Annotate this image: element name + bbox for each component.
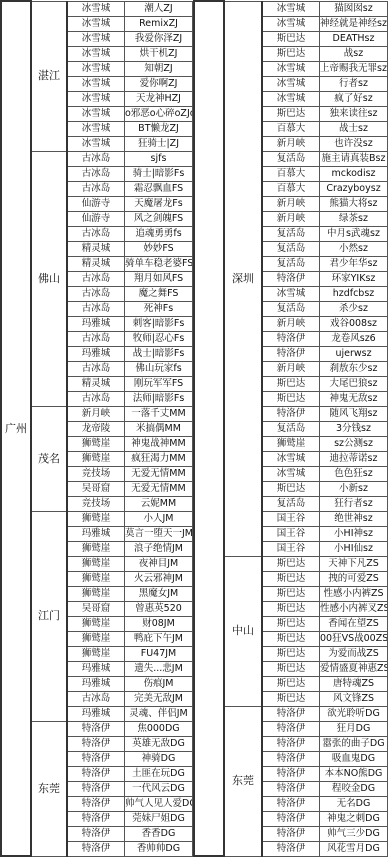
server-cell: 斯巴达 xyxy=(262,481,320,496)
table-row: 东莞特洛伊欲光聆听DG xyxy=(194,706,388,721)
city-cell: 佛山 xyxy=(31,151,67,406)
server-cell: 复活岛 xyxy=(262,421,320,436)
player-name-cell: 魔之舞FS xyxy=(125,286,193,301)
player-name-cell: 风花雪月DG xyxy=(320,841,388,856)
server-cell: 狮鹫崖 xyxy=(67,436,125,451)
server-cell: 玛雅城 xyxy=(67,526,125,541)
player-name-cell: 迪拉蒂诺sz xyxy=(320,451,388,466)
player-name-cell: 小HI神sz xyxy=(320,526,388,541)
player-name-cell: 杀少sz xyxy=(320,301,388,316)
server-cell: 复活岛 xyxy=(262,241,320,256)
server-cell: 玛雅城 xyxy=(67,661,125,676)
server-cell: 特洛伊 xyxy=(262,751,320,766)
player-name-cell: 狂行者sz xyxy=(320,496,388,511)
city-cell: 深圳 xyxy=(224,1,262,556)
player-name-cell: 骑单车稳老婆FS xyxy=(125,256,193,271)
server-cell: 玛雅城 xyxy=(67,346,125,361)
city-cell: 东莞 xyxy=(224,706,262,856)
server-cell: 狮鹫崖 xyxy=(67,646,125,661)
server-cell: 特洛伊 xyxy=(262,796,320,811)
server-cell: 古冰岛 xyxy=(67,301,125,316)
player-name-cell: 嚣张的曲子DG xyxy=(320,736,388,751)
player-name-cell: 施主请真装Bsz xyxy=(320,151,388,166)
player-name-cell: mckodisz xyxy=(320,166,388,181)
server-cell: 斯巴达 xyxy=(262,556,320,571)
player-name-cell: 灵魂、伴侣JM xyxy=(125,706,193,721)
player-name-cell: 吸血鬼DG xyxy=(320,751,388,766)
player-name-cell: 英雄无敌DG xyxy=(125,736,193,751)
player-name-cell: 狂月DG xyxy=(320,721,388,736)
player-name-cell: 妙妙FS xyxy=(125,241,193,256)
server-cell: 特洛伊 xyxy=(262,721,320,736)
left-roster-table: 广州湛江冰雪城潮人ZJ冰雪城RemixZJ冰雪城我爱你泽ZJ冰雪城烘干机ZJ冰雪… xyxy=(0,0,193,857)
server-cell: 竞技场 xyxy=(67,496,125,511)
server-cell: 斯巴达 xyxy=(262,571,320,586)
server-cell: 冰雪城 xyxy=(262,1,320,16)
server-cell: 玛雅城 xyxy=(67,316,125,331)
server-cell: 新月峡 xyxy=(262,211,320,226)
player-name-cell: 法师|暗影Fs xyxy=(125,391,193,406)
player-name-cell: 戏谷008sz xyxy=(320,316,388,331)
player-name-cell: 帅气人见人爱DG xyxy=(125,796,193,811)
server-cell: 冰雪城 xyxy=(262,286,320,301)
player-name-cell: 焦000DG xyxy=(125,721,193,736)
player-name-cell: RemixZJ xyxy=(125,16,193,31)
server-cell: 斯巴达 xyxy=(262,376,320,391)
server-cell: 古冰岛 xyxy=(67,271,125,286)
player-name-cell: o邪恶o心碎oZJo xyxy=(125,106,193,121)
player-name-cell: 行者sz xyxy=(320,76,388,91)
server-cell: 国王谷 xyxy=(262,511,320,526)
player-name-cell: 性感小内裤叉ZS xyxy=(320,601,388,616)
player-name-cell: 遗失...悲JM xyxy=(125,661,193,676)
server-cell: 斯巴达 xyxy=(262,31,320,46)
player-name-cell: 大尾巴狼sz xyxy=(320,376,388,391)
player-name-cell: 君少年华sz xyxy=(320,256,388,271)
server-cell: 吴哥窟 xyxy=(67,481,125,496)
player-name-cell: 烘干机ZJ xyxy=(125,46,193,61)
player-name-cell: 浪子绝情JM xyxy=(125,541,193,556)
player-name-cell: 翔月如风FS xyxy=(125,271,193,286)
server-cell: 冰雪城 xyxy=(67,61,125,76)
player-name-cell: 香闻在望ZS xyxy=(320,616,388,631)
player-name-cell: 鸭庇下午JM xyxy=(125,631,193,646)
server-cell: 特洛伊 xyxy=(67,796,125,811)
server-cell: 古冰岛 xyxy=(67,391,125,406)
player-name-cell: ujerwsz xyxy=(320,346,388,361)
player-name-cell: 狂骑士|ZJ xyxy=(125,136,193,151)
server-cell: 斯巴达 xyxy=(262,646,320,661)
player-name-cell: 绿茶sz xyxy=(320,211,388,226)
player-name-cell: 我爱你泽ZJ xyxy=(125,31,193,46)
server-cell: 冰雪城 xyxy=(67,31,125,46)
server-cell: 复活岛 xyxy=(262,496,320,511)
server-cell: 冰雪城 xyxy=(262,16,320,31)
server-cell: 特洛伊 xyxy=(262,736,320,751)
player-name-cell: 爱你啊ZJ xyxy=(125,76,193,91)
server-cell: 冰雪城 xyxy=(67,106,125,121)
player-name-cell: 为爱而战ZS xyxy=(320,646,388,661)
server-cell: 冰雪城 xyxy=(262,466,320,481)
player-name-cell: 疯了好sz xyxy=(320,91,388,106)
server-cell: 斯巴达 xyxy=(262,586,320,601)
player-name-cell: 00狂VS战00ZS xyxy=(320,631,388,646)
right-roster-table: 深圳冰雪城猫囡囡sz冰雪城神经就是神经sz斯巴达DEATHsz斯巴达战sz冰雪城… xyxy=(193,0,388,857)
player-name-cell: 莫言一堕天一JM xyxy=(125,526,193,541)
player-name-cell: 战sz xyxy=(320,46,388,61)
player-name-cell: 战士sz xyxy=(320,121,388,136)
server-cell: 新月峡 xyxy=(262,361,320,376)
player-name-cell: 一落千丈MM xyxy=(125,406,193,421)
server-cell: 特洛伊 xyxy=(262,271,320,286)
server-cell: 特洛伊 xyxy=(262,781,320,796)
server-cell: 斯巴达 xyxy=(262,661,320,676)
server-cell: 特洛伊 xyxy=(67,811,125,826)
player-name-cell: 龙卷风sz6 xyxy=(320,331,388,346)
server-cell: 仙游寺 xyxy=(67,196,125,211)
player-name-cell: 土匪在玩DG xyxy=(125,766,193,781)
player-name-cell: 爱情盛夏神惠ZS xyxy=(320,661,388,676)
server-cell: 龙帝陵 xyxy=(67,421,125,436)
server-cell: 冰雪城 xyxy=(67,16,125,31)
server-cell: 古冰岛 xyxy=(67,691,125,706)
player-name-cell: 风文锋ZS xyxy=(320,691,388,706)
server-cell: 斯巴达 xyxy=(262,601,320,616)
server-cell: 复活岛 xyxy=(262,151,320,166)
player-name-cell: 环家YIKsz xyxy=(320,271,388,286)
server-cell: 斯巴达 xyxy=(262,391,320,406)
player-name-cell: 骑士|暗影Fs xyxy=(125,166,193,181)
player-name-cell: 3分钱sz xyxy=(320,421,388,436)
player-name-cell: 曾惠英520 xyxy=(125,601,193,616)
server-cell: 狮鹫崖 xyxy=(67,511,125,526)
player-name-cell: 无爱无情MM xyxy=(125,481,193,496)
player-name-cell: 莞妹尸姐DG xyxy=(125,811,193,826)
player-name-cell: 风之剑魄FS xyxy=(125,211,193,226)
server-cell: 特洛伊 xyxy=(262,346,320,361)
player-name-cell: 死神Fs xyxy=(125,301,193,316)
player-name-cell: sz公测sz xyxy=(320,436,388,451)
player-name-cell: 无名DG xyxy=(320,796,388,811)
player-name-cell: 神鬼无敌sz xyxy=(320,391,388,406)
player-name-cell: 神鬼战神MM xyxy=(125,436,193,451)
player-name-cell: 夜神目JM xyxy=(125,556,193,571)
player-name-cell: 唐特魂ZS xyxy=(320,676,388,691)
player-name-cell: 小新sz xyxy=(320,481,388,496)
player-name-cell: 天魔屠龙Fs xyxy=(125,196,193,211)
player-name-cell: 疯狂渴力MM xyxy=(125,451,193,466)
server-cell: 冰雪城 xyxy=(67,46,125,61)
player-name-cell: 霜忍飘血FS xyxy=(125,181,193,196)
server-cell: 狮鹫崖 xyxy=(262,436,320,451)
server-cell: 古冰岛 xyxy=(67,331,125,346)
server-cell: 特洛伊 xyxy=(67,736,125,751)
server-cell: 精灵城 xyxy=(67,241,125,256)
player-name-cell: 无爱无情MM xyxy=(125,466,193,481)
player-name-cell: 天龙神HZJ xyxy=(125,91,193,106)
player-name-cell: 小人JM xyxy=(125,511,193,526)
server-cell: 仙游寺 xyxy=(67,211,125,226)
player-name-cell: 米搞偶MM xyxy=(125,421,193,436)
player-name-cell: 欲光聆听DG xyxy=(320,706,388,721)
city-cell: 江门 xyxy=(31,511,67,721)
player-name-cell: BT懒龙ZJ xyxy=(125,121,193,136)
player-name-cell: 财08JM xyxy=(125,616,193,631)
server-cell: 冰雪城 xyxy=(262,61,320,76)
player-name-cell: 帅气三少DG xyxy=(320,826,388,841)
player-name-cell: 程咬金DG xyxy=(320,781,388,796)
server-cell: 冰雪城 xyxy=(262,91,320,106)
server-cell: 古冰岛 xyxy=(67,181,125,196)
server-cell: 狮鹫崖 xyxy=(67,631,125,646)
server-cell: 新月峡 xyxy=(67,406,125,421)
server-cell: 特洛伊 xyxy=(67,841,125,856)
player-name-cell: 香香DG xyxy=(125,826,193,841)
server-cell: 百慕大 xyxy=(262,181,320,196)
server-cell: 狮鹫崖 xyxy=(67,616,125,631)
server-cell: 精灵城 xyxy=(67,256,125,271)
server-cell: 复活岛 xyxy=(262,226,320,241)
player-name-cell: 本本NO熊DG xyxy=(320,766,388,781)
player-name-cell: 知朝ZJ xyxy=(125,61,193,76)
player-name-cell: 黑魔女JM xyxy=(125,586,193,601)
player-name-cell: 牧师|忍心Fs xyxy=(125,331,193,346)
server-cell: 特洛伊 xyxy=(262,826,320,841)
player-name-cell: 猫囡囡sz xyxy=(320,1,388,16)
player-name-cell: 刹敖东少sz xyxy=(320,361,388,376)
player-name-cell: 刚玩军军FS xyxy=(125,376,193,391)
server-cell: 斯巴达 xyxy=(262,106,320,121)
server-cell: 国王谷 xyxy=(262,526,320,541)
player-roster-sheet: 广州湛江冰雪城潮人ZJ冰雪城RemixZJ冰雪城我爱你泽ZJ冰雪城烘干机ZJ冰雪… xyxy=(0,0,388,857)
player-name-cell: 拽的可爱ZS xyxy=(320,571,388,586)
server-cell: 百慕大 xyxy=(262,166,320,181)
server-cell: 古冰岛 xyxy=(67,151,125,166)
server-cell: 冰雪城 xyxy=(67,121,125,136)
server-cell: 狮鹫崖 xyxy=(67,556,125,571)
player-name-cell: 熊猫大将sz xyxy=(320,196,388,211)
server-cell: 特洛伊 xyxy=(262,331,320,346)
player-name-cell: FU47JM xyxy=(125,646,193,661)
player-name-cell: 神经就是神经sz xyxy=(320,16,388,31)
table-row: 深圳冰雪城猫囡囡sz xyxy=(194,1,388,16)
server-cell: 特洛伊 xyxy=(262,766,320,781)
server-cell: 斯巴达 xyxy=(262,616,320,631)
city-cell: 东莞 xyxy=(31,721,67,856)
player-name-cell: 佛山玩家fs xyxy=(125,361,193,376)
server-cell: 复活岛 xyxy=(262,256,320,271)
player-name-cell: 天神下凡ZS xyxy=(320,556,388,571)
server-cell: 斯巴达 xyxy=(262,46,320,61)
player-name-cell: 色色狂sz xyxy=(320,466,388,481)
player-name-cell: 性感小内裤ZS xyxy=(320,586,388,601)
player-name-cell: 小然sz xyxy=(320,241,388,256)
server-cell: 特洛伊 xyxy=(262,841,320,856)
server-cell: 古冰岛 xyxy=(67,361,125,376)
server-cell: 狮鹫崖 xyxy=(67,571,125,586)
server-cell: 新月峡 xyxy=(262,136,320,151)
player-name-cell: 神鬼之刺DG xyxy=(320,811,388,826)
player-name-cell: 完美无敌JM xyxy=(125,691,193,706)
server-cell: 新月峡 xyxy=(262,316,320,331)
player-name-cell: 神骑DG xyxy=(125,751,193,766)
server-cell: 冰雪城 xyxy=(67,1,125,16)
server-cell: 特洛伊 xyxy=(262,406,320,421)
player-name-cell: 伤痕JM xyxy=(125,676,193,691)
table-row: 广州湛江冰雪城潮人ZJ xyxy=(1,1,193,16)
player-name-cell: Crazyboysz xyxy=(320,181,388,196)
server-cell: 新月峡 xyxy=(262,196,320,211)
server-cell: 冰雪城 xyxy=(262,76,320,91)
city-cell: 湛江 xyxy=(31,1,67,151)
player-name-cell: 上帝赐我无罪sz xyxy=(320,61,388,76)
server-cell: 冰雪城 xyxy=(262,451,320,466)
player-name-cell: DEATHsz xyxy=(320,31,388,46)
server-cell: 国王谷 xyxy=(262,541,320,556)
server-cell: 斯巴达 xyxy=(262,676,320,691)
player-name-cell: 独来读往sz xyxy=(320,106,388,121)
player-name-cell: 追魂勇勇fs xyxy=(125,226,193,241)
server-cell: 特洛伊 xyxy=(67,781,125,796)
server-cell: 冰雪城 xyxy=(67,136,125,151)
server-cell: 古冰岛 xyxy=(67,286,125,301)
server-cell: 百慕大 xyxy=(262,121,320,136)
server-cell: 古冰岛 xyxy=(67,166,125,181)
server-cell: 狮鹫崖 xyxy=(67,541,125,556)
player-name-cell: 一代风云DG xyxy=(125,781,193,796)
server-cell: 冰雪城 xyxy=(67,76,125,91)
table-row: 中山斯巴达天神下凡ZS xyxy=(194,556,388,571)
player-name-cell: 小HI仙sz xyxy=(320,541,388,556)
server-cell: 竞技场 xyxy=(67,466,125,481)
player-name-cell: 火云邪神JM xyxy=(125,571,193,586)
server-cell: 特洛伊 xyxy=(67,766,125,781)
player-name-cell: 战士|暗影Fs xyxy=(125,346,193,361)
city-cell: 中山 xyxy=(224,556,262,706)
player-name-cell: 刺客|暗影Fs xyxy=(125,316,193,331)
player-name-cell: 也许没sz xyxy=(320,136,388,151)
player-name-cell: 云妮MM xyxy=(125,496,193,511)
server-cell: 特洛伊 xyxy=(262,811,320,826)
server-cell: 特洛伊 xyxy=(67,721,125,736)
player-name-cell: sjfs xyxy=(125,151,193,166)
server-cell: 狮鹫崖 xyxy=(67,586,125,601)
player-name-cell: 香帅帅DG xyxy=(125,841,193,856)
player-name-cell: hzdfcbsz xyxy=(320,286,388,301)
province-cell: 广州 xyxy=(1,1,31,856)
server-cell: 古冰岛 xyxy=(67,226,125,241)
server-cell: 特洛伊 xyxy=(262,706,320,721)
server-cell: 玛雅城 xyxy=(67,706,125,721)
player-name-cell: 潮人ZJ xyxy=(125,1,193,16)
server-cell: 精灵城 xyxy=(67,376,125,391)
server-cell: 冰雪城 xyxy=(67,91,125,106)
server-cell: 特洛伊 xyxy=(67,826,125,841)
server-cell: 吴哥窟 xyxy=(67,601,125,616)
server-cell: 复活岛 xyxy=(262,301,320,316)
city-cell: 茂名 xyxy=(31,406,67,511)
player-name-cell: 绝世神sz xyxy=(320,511,388,526)
server-cell: 狮鹫崖 xyxy=(67,451,125,466)
server-cell: 斯巴达 xyxy=(262,691,320,706)
server-cell: 玛雅城 xyxy=(67,676,125,691)
blank-cell xyxy=(194,1,224,856)
player-name-cell: 随风飞翔sz xyxy=(320,406,388,421)
server-cell: 斯巴达 xyxy=(262,631,320,646)
server-cell: 特洛伊 xyxy=(67,751,125,766)
player-name-cell: 中月s武魂sz xyxy=(320,226,388,241)
